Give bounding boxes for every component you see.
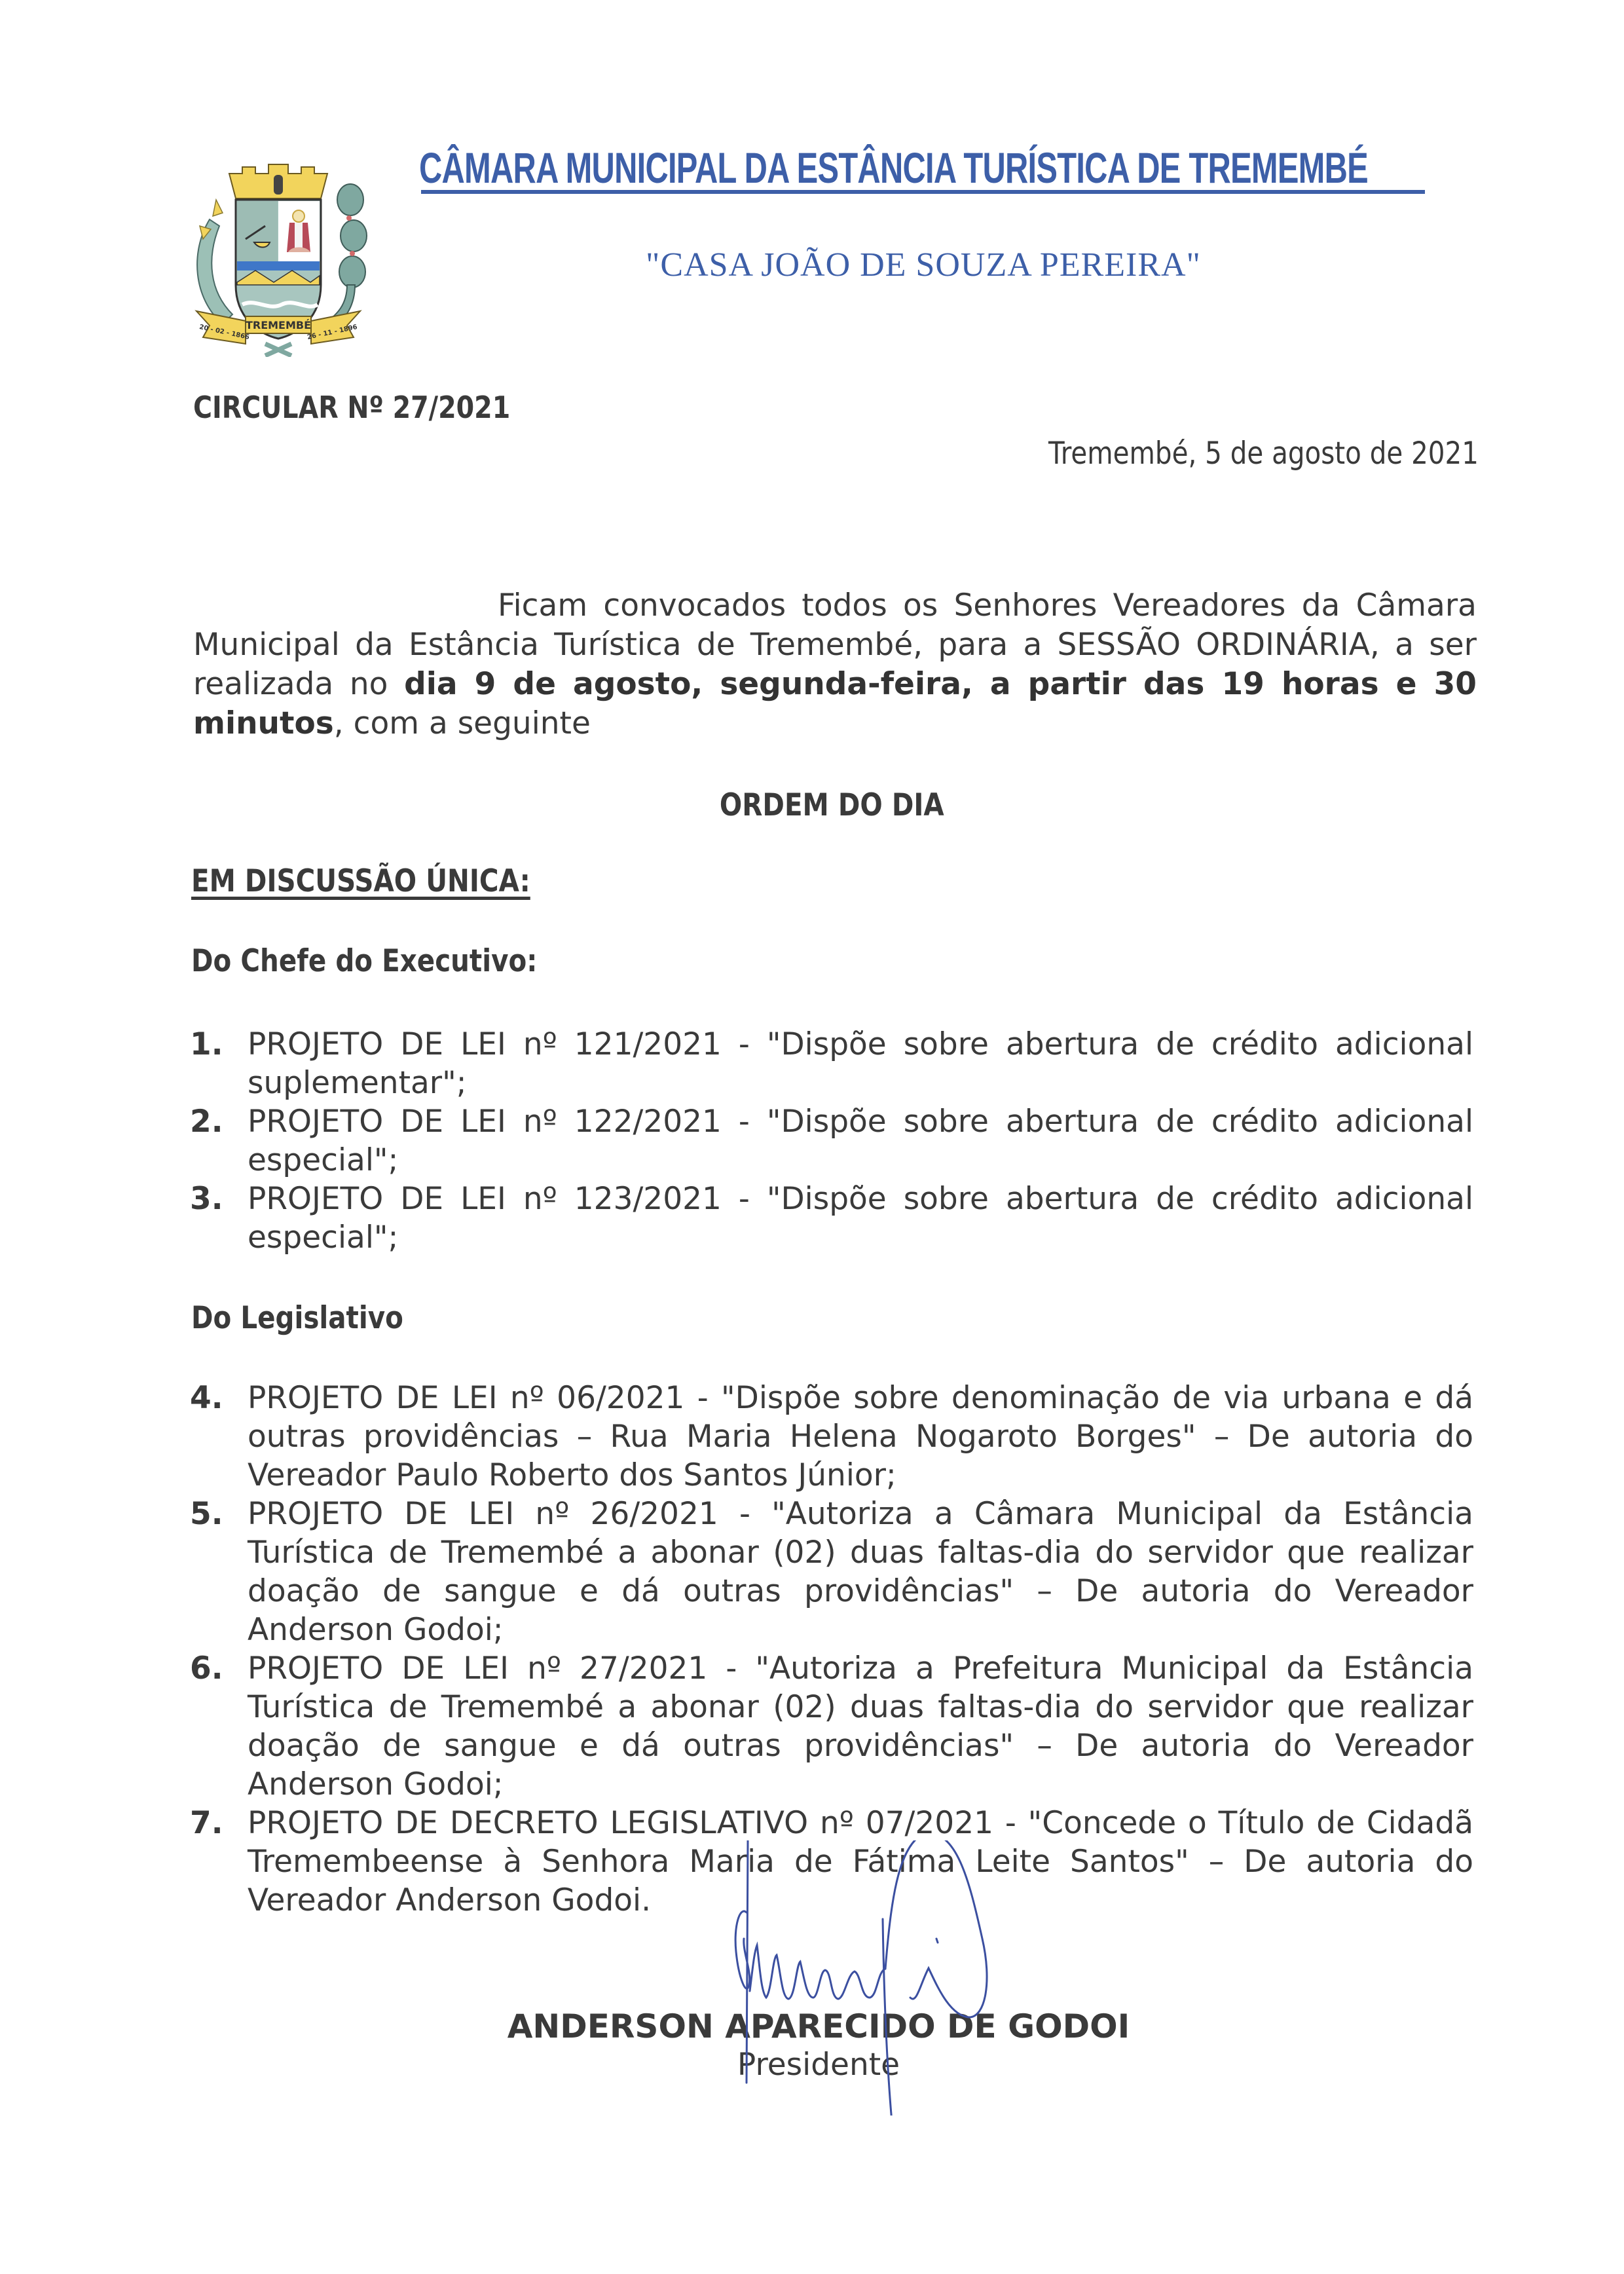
discussion-heading: EM DISCUSSÃO ÚNICA: [191, 863, 530, 899]
item-text: PROJETO DE LEI nº 27/2021 - "Autoriza a … [248, 1650, 1473, 1802]
item-text: PROJETO DE LEI nº 121/2021 - "Dispõe sob… [248, 1026, 1473, 1101]
list-item: 4. PROJETO DE LEI nº 06/2021 - "Dispõe s… [190, 1379, 1473, 1495]
item-number: 2. [190, 1102, 223, 1141]
item-number: 1. [190, 1025, 223, 1064]
item-number: 5. [190, 1495, 223, 1533]
section-heading-legislative: Do Legislativo [191, 1300, 403, 1336]
item-number: 4. [190, 1379, 223, 1417]
institution-title: CÂMARA MUNICIPAL DA ESTÂNCIA TURÍSTICA D… [419, 143, 1166, 193]
item-number: 3. [190, 1180, 223, 1218]
convocation-paragraph: Ficam convocados todos os Senhores Verea… [193, 586, 1477, 743]
municipal-coat-of-arms-icon: TREMEMBÉ 20 - 02 - 1866 26 - 11 - 1896 [183, 147, 373, 357]
intro-text-part2: , com a seguinte [334, 705, 591, 741]
list-item: 6. PROJETO DE LEI nº 27/2021 - "Autoriza… [190, 1649, 1473, 1804]
legislative-bill-list: 4. PROJETO DE LEI nº 06/2021 - "Dispõe s… [190, 1379, 1473, 1920]
place-date: Tremembé, 5 de agosto de 2021 [1048, 436, 1479, 472]
item-number: 7. [190, 1804, 223, 1842]
agenda-title: ORDEM DO DIA [720, 787, 944, 823]
house-name: "CASA JOÃO DE SOUZA PEREIRA" [419, 246, 1428, 284]
title-underline [421, 190, 1425, 194]
item-number: 6. [190, 1649, 223, 1688]
institution-title-container: CÂMARA MUNICIPAL DA ESTÂNCIA TURÍSTICA D… [419, 143, 1428, 195]
list-item: 1. PROJETO DE LEI nº 121/2021 - "Dispõe … [190, 1025, 1473, 1102]
list-item: 3. PROJETO DE LEI nº 123/2021 - "Dispõe … [190, 1180, 1473, 1257]
svg-text:TREMEMBÉ: TREMEMBÉ [246, 319, 311, 331]
item-text: PROJETO DE LEI nº 122/2021 - "Dispõe sob… [248, 1104, 1473, 1178]
section-heading-executive: Do Chefe do Executivo: [191, 943, 537, 979]
handwritten-signature-icon [720, 1840, 1087, 2116]
item-text: PROJETO DE LEI nº 123/2021 - "Dispõe sob… [248, 1181, 1473, 1256]
agenda-title-container: ORDEM DO DIA [0, 787, 1624, 823]
list-item: 5. PROJETO DE LEI nº 26/2021 - "Autoriza… [190, 1495, 1473, 1649]
list-item: 2. PROJETO DE LEI nº 122/2021 - "Dispõe … [190, 1102, 1473, 1180]
item-text: PROJETO DE LEI nº 06/2021 - "Dispõe sobr… [248, 1380, 1473, 1493]
executive-bill-list: 1. PROJETO DE LEI nº 121/2021 - "Dispõe … [190, 1025, 1473, 1257]
circular-number: CIRCULAR Nº 27/2021 [193, 390, 510, 425]
item-text: PROJETO DE LEI nº 26/2021 - "Autoriza a … [248, 1496, 1473, 1648]
